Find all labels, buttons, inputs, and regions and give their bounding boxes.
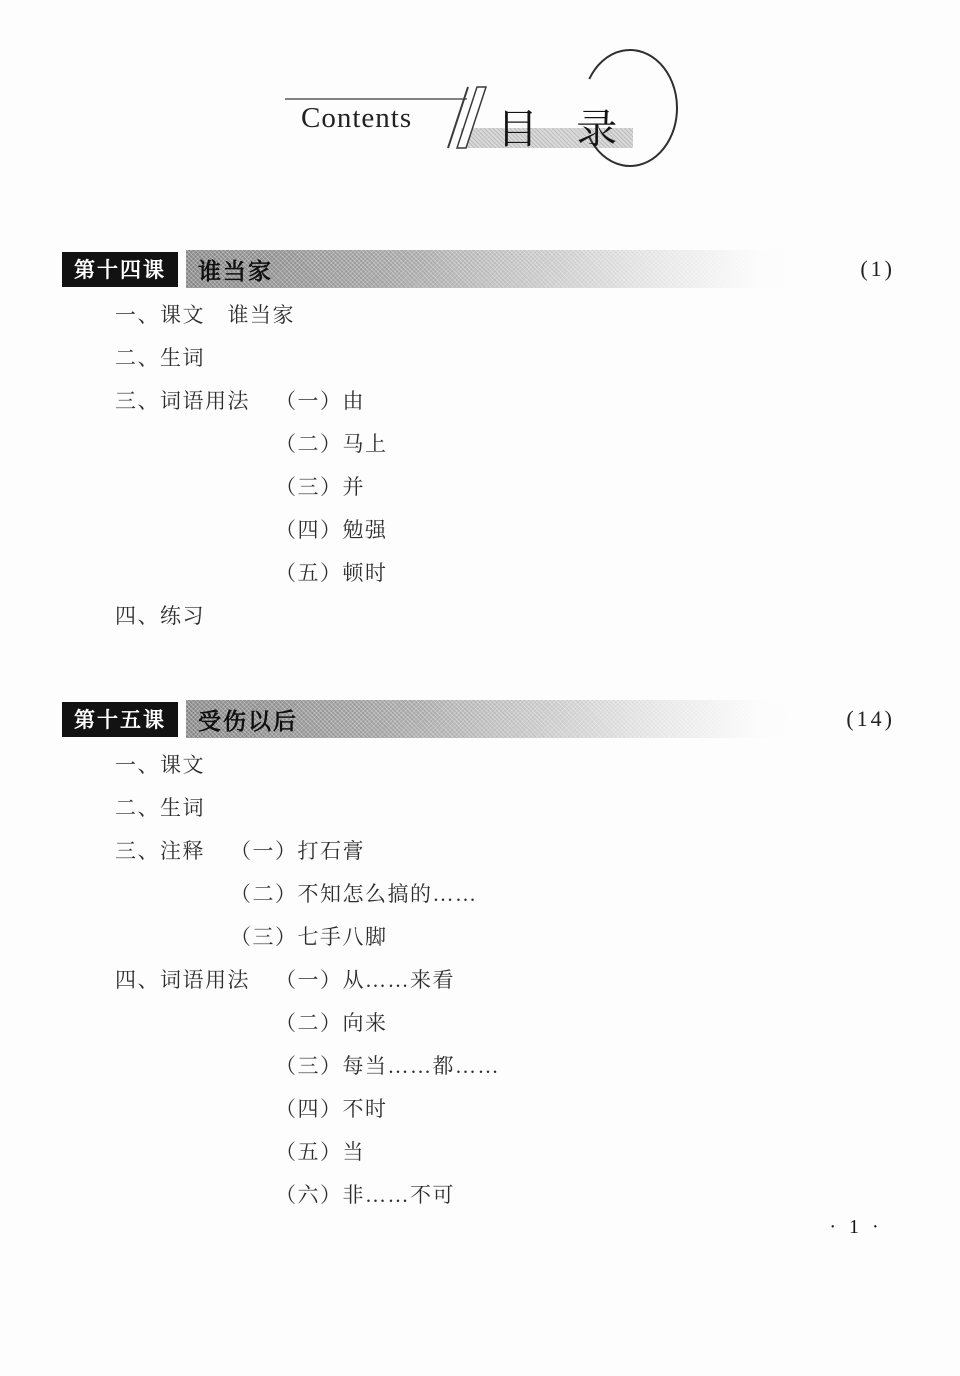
lesson-15-page-ref: (14): [795, 706, 895, 732]
lesson-15-entries: 一、课文 二、生词 三、注释 （一）打石膏 （二）不知怎么搞的…… （三）七手八…: [115, 744, 960, 1217]
toc-header: Contents 目 录: [0, 0, 960, 250]
toc-subentry-label: （二）马上: [275, 423, 388, 466]
header-decoration: [270, 40, 710, 190]
lesson-14-title: 谁当家: [198, 253, 273, 286]
toc-entry-subitems: （一）打石膏 （二）不知怎么搞的…… （三）七手八脚: [230, 830, 478, 959]
toc-entry: 二、生词: [115, 337, 960, 380]
contents-title-chinese: 目 录: [497, 96, 631, 155]
toc-entry: 一、课文 谁当家: [115, 294, 960, 337]
toc-subentry-label: （四）勉强: [275, 509, 388, 552]
lesson-15-title-bar: 受伤以后: [186, 700, 795, 738]
toc-entry-label: 四、练习: [115, 595, 205, 638]
toc-entry-label: 一、课文: [115, 744, 205, 787]
toc-subentry-label: （三）每当……都……: [275, 1045, 500, 1088]
toc-subentry-label: （三）并: [275, 466, 388, 509]
toc-entry-label: 二、生词: [115, 787, 205, 830]
toc-entry-subitems: （一）由 （二）马上 （三）并 （四）勉强 （五）顿时: [275, 380, 388, 595]
toc-subentry-label: （五）当: [275, 1131, 500, 1174]
lesson-15-header-bar: 第十五课 受伤以后 (14): [62, 700, 895, 738]
toc-entry-label: 四、词语用法: [115, 959, 250, 1002]
lesson-15-badge: 第十五课: [62, 702, 178, 737]
toc-subentry-label: （一）打石膏: [230, 830, 478, 873]
toc-entry-label: 二、生词: [115, 337, 205, 380]
outlined-slash-icon: [457, 87, 486, 148]
toc-subentry-label: （二）向来: [275, 1002, 500, 1045]
toc-subentry-label: （三）七手八脚: [230, 916, 478, 959]
toc-entry: 二、生词: [115, 787, 960, 830]
lesson-15-title: 受伤以后: [198, 703, 298, 736]
lesson-14-entries: 一、课文 谁当家 二、生词 三、词语用法 （一）由 （二）马上 （三）并 （四）…: [115, 294, 960, 638]
lesson-14-section: 第十四课 谁当家 (1) 一、课文 谁当家 二、生词 三、词语用法 （一）由 （…: [0, 250, 960, 638]
toc-entry: 三、注释 （一）打石膏 （二）不知怎么搞的…… （三）七手八脚: [115, 830, 960, 959]
page-number: · 1 ·: [810, 1216, 902, 1239]
lesson-14-page-ref: (1): [795, 256, 895, 282]
lesson-14-badge: 第十四课: [62, 252, 178, 287]
toc-page: Contents 目 录 第十四课 谁当家 (1) 一、课文 谁当家 二、生词: [0, 0, 960, 1376]
toc-entry: 四、词语用法 （一）从……来看 （二）向来 （三）每当……都…… （四）不时 （…: [115, 959, 960, 1217]
toc-entry: 四、练习: [115, 595, 960, 638]
lesson-14-header-bar: 第十四课 谁当家 (1): [62, 250, 895, 288]
toc-subentry-label: （一）由: [275, 380, 388, 423]
toc-subentry-label: （四）不时: [275, 1088, 500, 1131]
toc-subentry-label: （一）从……来看: [275, 959, 500, 1002]
toc-subentry-label: （五）顿时: [275, 552, 388, 595]
toc-entry-label: 三、词语用法: [115, 380, 250, 423]
toc-subentry-label: （六）非……不可: [275, 1174, 500, 1217]
lesson-14-title-bar: 谁当家: [186, 250, 795, 288]
toc-entry-subitems: （一）从……来看 （二）向来 （三）每当……都…… （四）不时 （五）当 （六）…: [275, 959, 500, 1217]
toc-subentry-label: （二）不知怎么搞的……: [230, 873, 478, 916]
toc-entry-label: 三、注释: [115, 830, 205, 873]
toc-entry: 一、课文: [115, 744, 960, 787]
lesson-15-section: 第十五课 受伤以后 (14) 一、课文 二、生词 三、注释 （一）打石膏 （二）…: [0, 700, 960, 1217]
toc-entry-label: 一、课文 谁当家: [115, 294, 295, 337]
toc-entry: 三、词语用法 （一）由 （二）马上 （三）并 （四）勉强 （五）顿时: [115, 380, 960, 595]
